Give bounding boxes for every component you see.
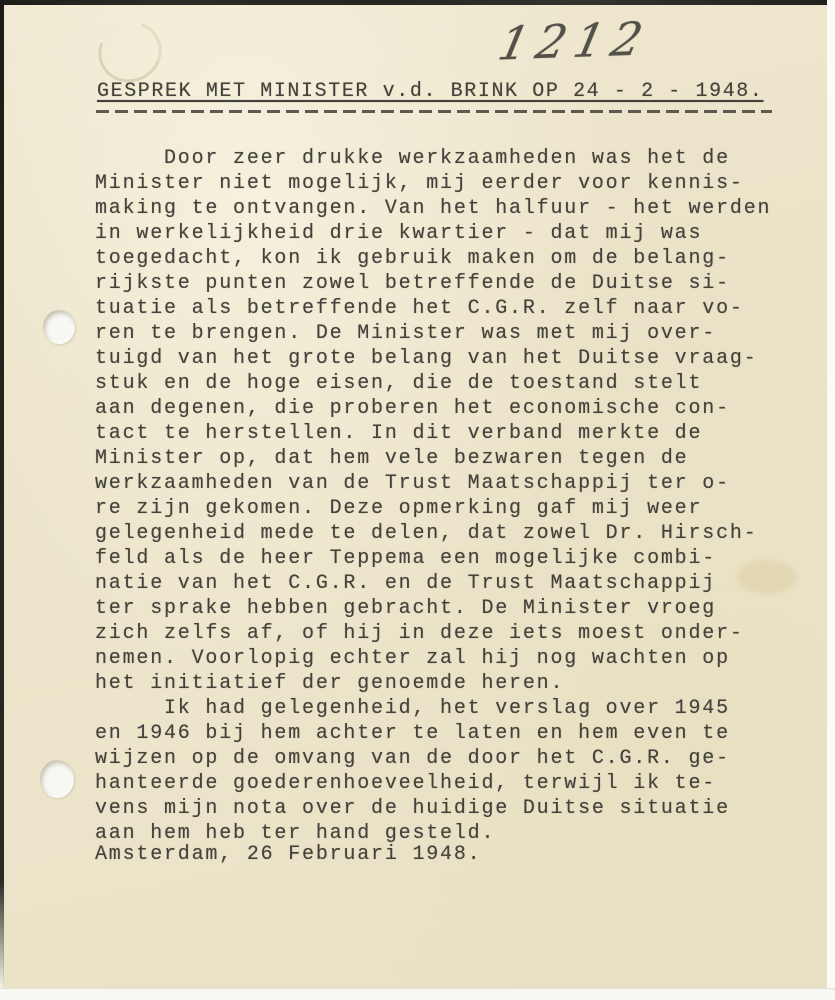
punch-hole-top — [43, 310, 75, 344]
scan-edge-right — [827, 0, 835, 1000]
scan-edge-top — [0, 0, 835, 5]
scanned-document: 1212 GESPREK MET MINISTER v.d. BRINK OP … — [0, 0, 835, 1000]
title-dashed-underline — [96, 110, 772, 113]
document-body: Door zeer drukke werkzaamheden was het d… — [95, 146, 785, 846]
handwritten-page-number: 1212 — [494, 11, 656, 70]
document-title: GESPREK MET MINISTER v.d. BRINK OP 24 - … — [97, 80, 764, 103]
scan-edge-left — [0, 0, 4, 1000]
punch-hole-bottom — [40, 760, 74, 798]
scan-edge-bottom — [0, 988, 835, 1000]
document-signoff: Amsterdam, 26 Februari 1948. — [95, 843, 481, 866]
